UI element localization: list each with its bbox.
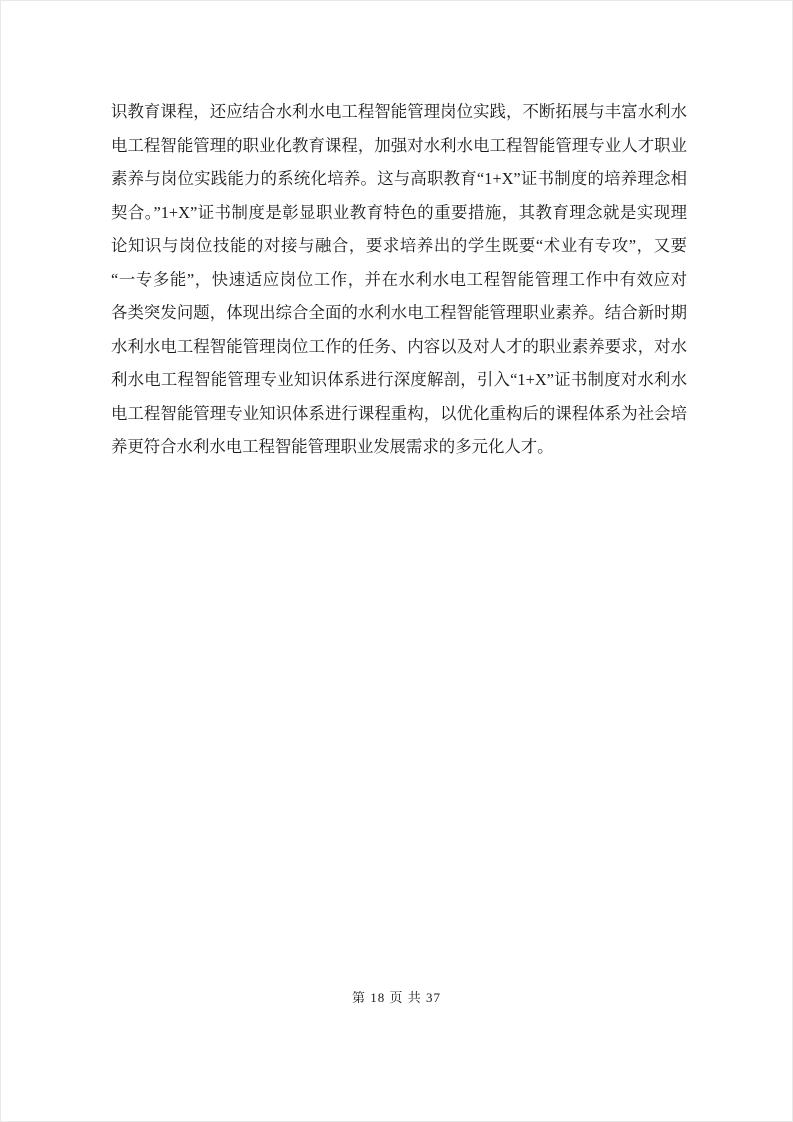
paragraph-line: 识教育课程，还应结合水利水电工程智能管理岗位实践，不断拓展与丰富水利水 xyxy=(111,95,687,129)
paragraph-line: 论知识与岗位技能的对接与融合，要求培养出的学生既要“术业有专攻”，又要 xyxy=(111,229,687,263)
paragraph-line: 契合。”1+X”证书制度是彰显职业教育特色的重要措施，其教育理念就是实现理 xyxy=(111,196,687,230)
paragraph-line: 电工程智能管理专业知识体系进行课程重构，以优化重构后的课程体系为社会培 xyxy=(111,397,687,431)
document-page: 识教育课程，还应结合水利水电工程智能管理岗位实践，不断拓展与丰富水利水 电工程智… xyxy=(0,0,793,1122)
paragraph-line: 水利水电工程智能管理岗位工作的任务、内容以及对人才的职业素养要求，对水 xyxy=(111,330,687,364)
page-number-footer: 第 18 页 共 37 xyxy=(1,989,792,1007)
paragraph-line: “一专多能”，快速适应岗位工作，并在水利水电工程智能管理工作中有效应对 xyxy=(111,263,687,297)
paragraph: 识教育课程，还应结合水利水电工程智能管理岗位实践，不断拓展与丰富水利水 电工程智… xyxy=(111,95,687,464)
paragraph-line: 素养与岗位实践能力的系统化培养。这与高职教育“1+X”证书制度的培养理念相 xyxy=(111,162,687,196)
paragraph-line: 利水电工程智能管理专业知识体系进行深度解剖，引入“1+X”证书制度对水利水 xyxy=(111,363,687,397)
paragraph-line: 各类突发问题，体现出综合全面的水利水电工程智能管理职业素养。结合新时期 xyxy=(111,296,687,330)
paragraph-line: 养更符合水利水电工程智能管理职业发展需求的多元化人才。 xyxy=(111,430,687,464)
paragraph-line: 电工程智能管理的职业化教育课程，加强对水利水电工程智能管理专业人才职业 xyxy=(111,129,687,163)
